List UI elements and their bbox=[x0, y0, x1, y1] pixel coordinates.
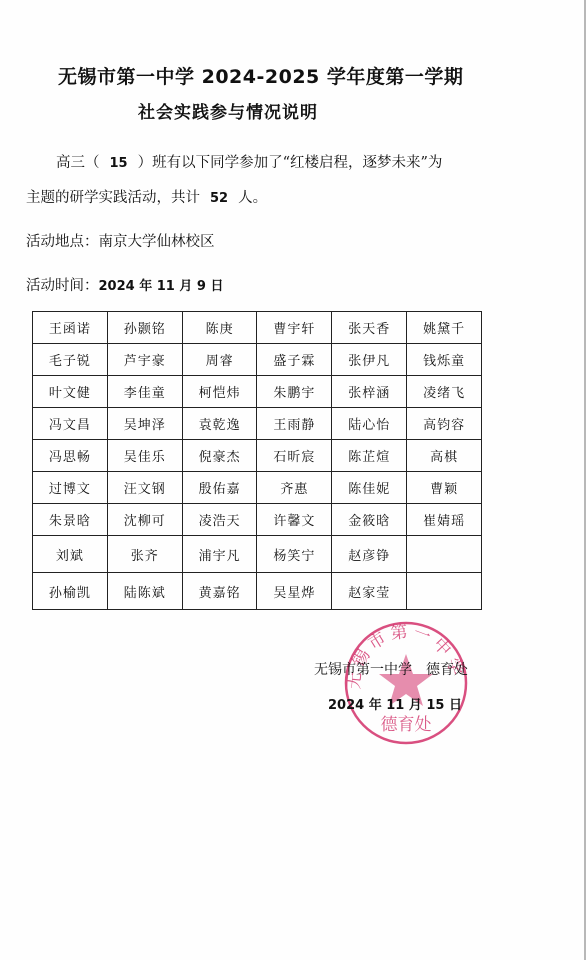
student-name-cell: 汪文钢 bbox=[107, 472, 182, 504]
student-name-cell: 周睿 bbox=[182, 344, 257, 376]
student-name-cell: 张梓涵 bbox=[332, 376, 407, 408]
table-row: 叶文健李佳童柯恺炜朱鹏宇张梓涵凌绪飞 bbox=[33, 376, 482, 408]
student-name-cell: 冯文昌 bbox=[33, 408, 108, 440]
document-subtitle: 社会实践参与情况说明 bbox=[138, 98, 318, 123]
student-name-cell: 齐惠 bbox=[257, 472, 332, 504]
table-row: 孙榆凯陆陈斌黄嘉铭吴星烨赵家莹 bbox=[33, 573, 482, 610]
table-row: 刘斌张齐浦宇凡杨笑宁赵彦铮 bbox=[33, 536, 482, 573]
student-name-cell: 姚黛千 bbox=[407, 312, 482, 344]
intro-middle: ）班有以下同学参加了“红楼启程，逐梦未来”为 bbox=[138, 155, 443, 171]
participant-count: 52 bbox=[200, 191, 238, 206]
student-name-cell: 朱鹏宇 bbox=[257, 376, 332, 408]
student-name-cell: 毛子锐 bbox=[33, 344, 108, 376]
student-name-cell: 陈佳妮 bbox=[332, 472, 407, 504]
issue-date: 2024 年 11 月 15 日 bbox=[328, 694, 462, 713]
issue-date-text: 2024 年 11 月 15 日 bbox=[328, 698, 462, 713]
official-stamp: 无锡市第一中学 德育处 bbox=[343, 620, 469, 746]
student-name-cell: 叶文健 bbox=[33, 376, 108, 408]
student-name-cell: 黄嘉铭 bbox=[182, 573, 257, 610]
issuer-signature: 无锡市第一中学 德育处 bbox=[314, 659, 468, 679]
student-name-cell: 吴坤泽 bbox=[107, 408, 182, 440]
activity-location: 活动地点：南京大学仙林校区 bbox=[26, 230, 215, 251]
student-name-cell: 许馨文 bbox=[257, 504, 332, 536]
student-name-cell: 沈柳可 bbox=[107, 504, 182, 536]
student-name-cell: 过博文 bbox=[33, 472, 108, 504]
student-name-cell: 冯思畅 bbox=[33, 440, 108, 472]
student-name-cell: 芦宇豪 bbox=[107, 344, 182, 376]
student-name-cell: 高钧容 bbox=[407, 408, 482, 440]
student-name-cell: 盛子霖 bbox=[257, 344, 332, 376]
intro-line-1: 高三（15）班有以下同学参加了“红楼启程，逐梦未来”为 bbox=[56, 151, 442, 172]
table-row: 过博文汪文钢殷佑嘉齐惠陈佳妮曹颖 bbox=[33, 472, 482, 504]
student-name-cell: 崔婧瑶 bbox=[407, 504, 482, 536]
student-name-cell: 凌绪飞 bbox=[407, 376, 482, 408]
student-name-cell: 吴星烨 bbox=[257, 573, 332, 610]
location-label: 活动地点： bbox=[26, 234, 99, 250]
student-name-cell: 赵彦铮 bbox=[332, 536, 407, 573]
student-name-cell: 吴佳乐 bbox=[107, 440, 182, 472]
student-name-cell: 曹颖 bbox=[407, 472, 482, 504]
student-name-cell: 凌浩天 bbox=[182, 504, 257, 536]
table-row: 冯文昌吴坤泽袁乾逸王雨静陆心怡高钧容 bbox=[33, 408, 482, 440]
intro-line2-prefix: 主题的研学实践活动，共计 bbox=[26, 190, 200, 206]
time-value: 2024 年 11 月 9 日 bbox=[99, 279, 224, 294]
student-roster-table: 王函诺孙颢铭陈庚曹宇轩张天香姚黛千毛子锐芦宇豪周睿盛子霖张伊凡钱烁童叶文健李佳童… bbox=[32, 311, 482, 610]
student-name-cell: 张伊凡 bbox=[332, 344, 407, 376]
student-name-cell: 钱烁童 bbox=[407, 344, 482, 376]
student-name-cell: 杨笑宁 bbox=[257, 536, 332, 573]
student-name-cell: 石昕宸 bbox=[257, 440, 332, 472]
student-name-cell: 浦宇凡 bbox=[182, 536, 257, 573]
intro-prefix: 高三（ bbox=[56, 155, 100, 171]
student-name-cell: 张齐 bbox=[107, 536, 182, 573]
stamp-center-text: 德育处 bbox=[381, 715, 432, 735]
student-name-cell: 殷佑嘉 bbox=[182, 472, 257, 504]
student-name-cell: 王函诺 bbox=[33, 312, 108, 344]
location-value: 南京大学仙林校区 bbox=[99, 234, 215, 250]
intro-line-2: 主题的研学实践活动，共计52人。 bbox=[26, 186, 267, 207]
student-name-cell: 倪豪杰 bbox=[182, 440, 257, 472]
table-row: 王函诺孙颢铭陈庚曹宇轩张天香姚黛千 bbox=[33, 312, 482, 344]
student-name-cell: 高棋 bbox=[407, 440, 482, 472]
student-name-cell: 孙颢铭 bbox=[107, 312, 182, 344]
student-name-cell: 朱景晗 bbox=[33, 504, 108, 536]
student-name-cell: 袁乾逸 bbox=[182, 408, 257, 440]
student-name-cell: 李佳童 bbox=[107, 376, 182, 408]
student-name-cell: 陈庚 bbox=[182, 312, 257, 344]
student-name-cell: 王雨静 bbox=[257, 408, 332, 440]
student-name-cell: 陆陈斌 bbox=[107, 573, 182, 610]
student-name-cell: 曹宇轩 bbox=[257, 312, 332, 344]
table-row: 冯思畅吴佳乐倪豪杰石昕宸陈芷煊高棋 bbox=[33, 440, 482, 472]
student-name-cell: 孙榆凯 bbox=[33, 573, 108, 610]
class-number: 15 bbox=[100, 156, 138, 171]
student-name-cell: 金筱晗 bbox=[332, 504, 407, 536]
table-row: 朱景晗沈柳可凌浩天许馨文金筱晗崔婧瑶 bbox=[33, 504, 482, 536]
document-title: 无锡市第一中学 2024-2025 学年度第一学期 bbox=[58, 62, 478, 89]
student-name-cell: 柯恺炜 bbox=[182, 376, 257, 408]
student-name-cell: 赵家莹 bbox=[332, 573, 407, 610]
student-name-cell: 张天香 bbox=[332, 312, 407, 344]
student-name-cell: 陈芷煊 bbox=[332, 440, 407, 472]
intro-line2-suffix: 人。 bbox=[238, 190, 267, 206]
table-row: 毛子锐芦宇豪周睿盛子霖张伊凡钱烁童 bbox=[33, 344, 482, 376]
activity-time: 活动时间：2024 年 11 月 9 日 bbox=[26, 274, 223, 295]
time-label: 活动时间： bbox=[26, 278, 99, 294]
student-name-cell bbox=[407, 573, 482, 610]
student-name-cell: 陆心怡 bbox=[332, 408, 407, 440]
student-name-cell bbox=[407, 536, 482, 573]
student-name-cell: 刘斌 bbox=[33, 536, 108, 573]
